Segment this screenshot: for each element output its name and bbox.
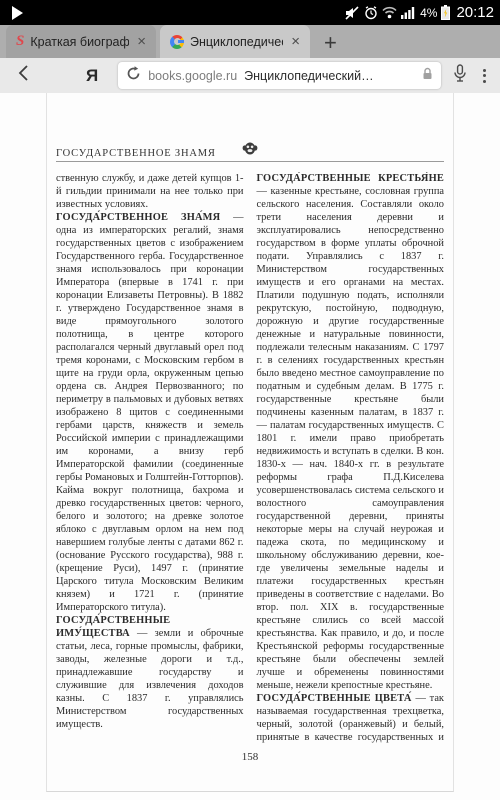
ornament-icon xyxy=(242,142,258,160)
running-head-text: ГОСУДАРСТВЕННОЕ ЗНАМЯ xyxy=(56,148,216,159)
entry-term: ГОСУДА́РСТВЕННЫЕ КРЕСТЬЯ́НЕ xyxy=(257,173,445,184)
dictionary-text-columns: ственную службу, и даже детей купцов 1-й… xyxy=(56,172,444,744)
wifi-icon xyxy=(382,6,397,19)
battery-percent: 4% xyxy=(420,6,437,20)
book-viewport[interactable]: ГОСУДАРСТВЕННОЕ ЗНАМЯ ственную службу, и… xyxy=(0,93,500,800)
tab-enciklopedicheskij[interactable]: Энциклопедичес × xyxy=(160,25,310,58)
book-page: ГОСУДАРСТВЕННОЕ ЗНАМЯ ственную службу, и… xyxy=(46,93,454,792)
tab-label: Краткая биограф xyxy=(30,35,129,49)
url-toolbar: Я books.google.ru Энциклопедический… xyxy=(0,58,500,93)
close-tab-icon[interactable]: × xyxy=(289,34,302,49)
google-favicon-icon xyxy=(170,35,184,49)
page-title: Энциклопедический… xyxy=(244,69,422,83)
cell-signal-icon xyxy=(401,6,416,19)
entry-gosudarstvennye-imushchestva: ГОСУДА́РСТВЕННЫЕ ИМУ́ЩЕСТВА — земли и об… xyxy=(56,614,244,731)
reload-icon[interactable] xyxy=(126,66,141,86)
entry-gosudarstvennoe-znamya: ГОСУДА́РСТВЕННОЕ ЗНА́МЯ — одна из импера… xyxy=(56,211,244,614)
tab-kratkaya-biografiya[interactable]: S Краткая биограф × xyxy=(6,25,156,58)
clock: 20:12 xyxy=(456,4,494,21)
yandex-icon[interactable]: Я xyxy=(86,66,98,86)
entry-term: ГОСУДА́РСТВЕННЫЕ ЦВЕТА́ xyxy=(257,693,412,704)
entry-gosudarstvennye-krestyane: ГОСУДА́РСТВЕННЫЕ КРЕСТЬЯ́НЕ — казенные к… xyxy=(257,172,445,692)
site-favicon-s-icon: S xyxy=(16,33,24,50)
back-icon[interactable] xyxy=(14,62,34,89)
status-icons: 4% 20:12 xyxy=(345,4,494,21)
battery-icon xyxy=(441,5,450,20)
play-icon xyxy=(12,6,23,20)
entry-term: ГОСУДА́РСТВЕННОЕ ЗНА́МЯ xyxy=(56,212,220,223)
mic-icon[interactable] xyxy=(453,64,467,88)
overflow-menu-icon[interactable] xyxy=(479,65,490,87)
mute-icon xyxy=(345,6,360,20)
tab-strip: S Краткая биограф × Энциклопедичес × + xyxy=(0,25,500,58)
close-tab-icon[interactable]: × xyxy=(135,34,148,49)
entry-body: — казенные крестьяне, сословная группа с… xyxy=(257,186,445,691)
continuation-paragraph: ственную службу, и даже детей купцов 1-й… xyxy=(56,172,244,211)
new-tab-button[interactable]: + xyxy=(324,32,337,54)
page-number: 158 xyxy=(56,751,444,763)
tab-label: Энциклопедичес xyxy=(190,35,283,49)
running-head: ГОСУДАРСТВЕННОЕ ЗНАМЯ xyxy=(56,143,444,162)
address-bar[interactable]: books.google.ru Энциклопедический… xyxy=(118,62,441,89)
alarm-icon xyxy=(364,6,378,20)
status-bar: 4% 20:12 xyxy=(0,0,500,25)
lock-icon xyxy=(422,67,433,85)
notification-area xyxy=(6,6,23,20)
browser-window: 4% 20:12 S Краткая биограф × Энциклопеди… xyxy=(0,0,500,800)
url-domain: books.google.ru xyxy=(148,69,237,83)
entry-body: — одна из императорских регалий, знамя г… xyxy=(56,212,244,613)
entry-body: — земли и оброчные статьи, леса, горные … xyxy=(56,628,244,730)
